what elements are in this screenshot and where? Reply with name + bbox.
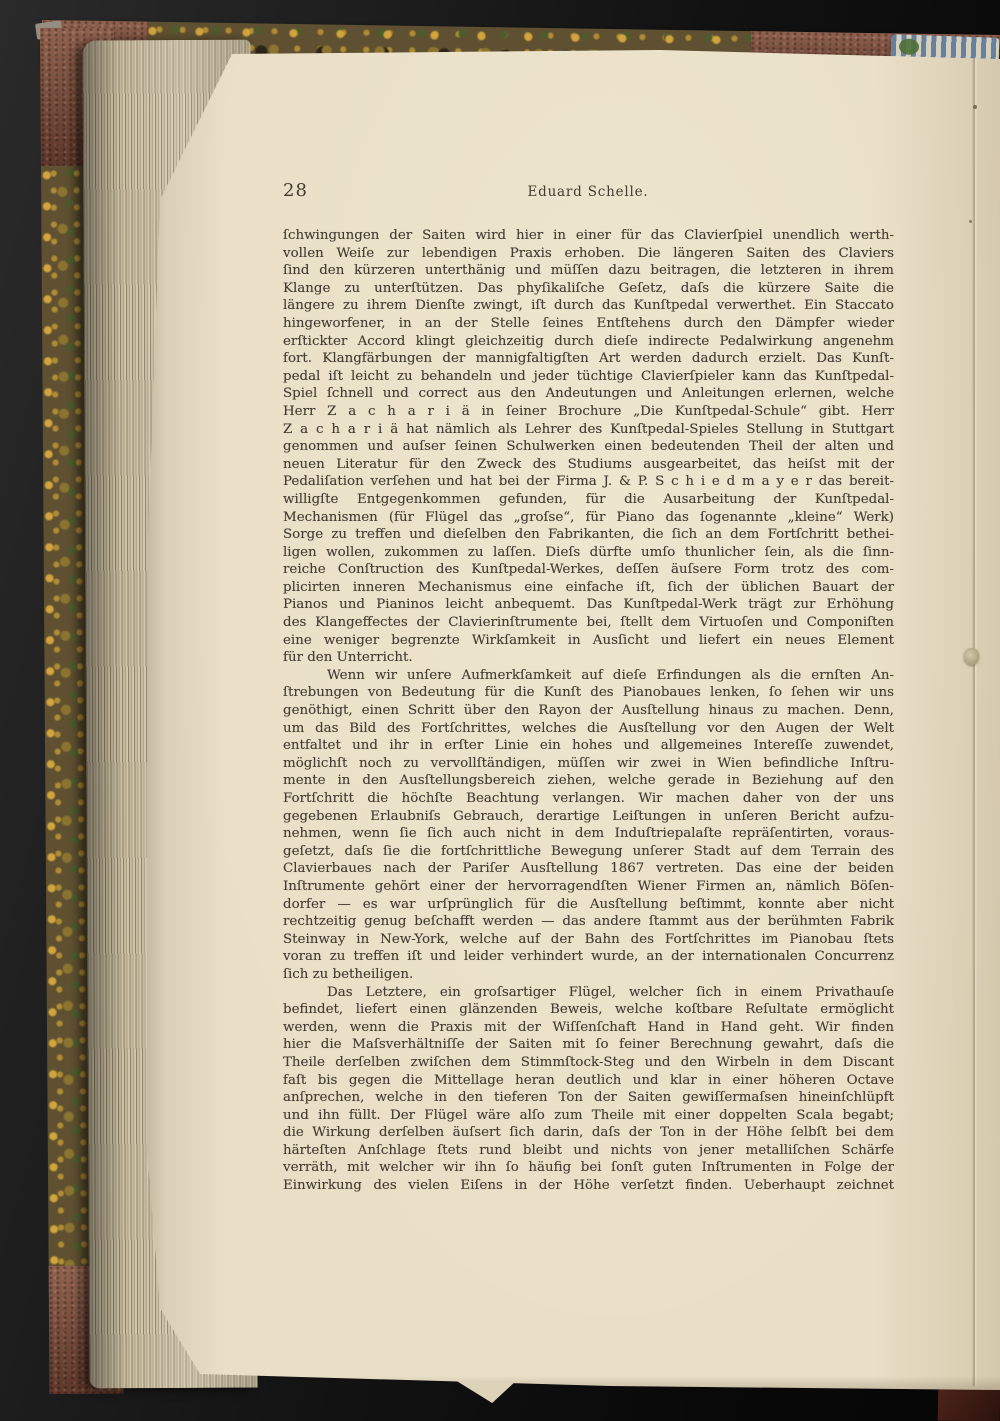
paragraph: Das Letztere, ein groſsartiger Flügel, w… xyxy=(283,984,894,1195)
running-header: Eduard Schelle. xyxy=(283,184,893,200)
text-line: Spiel ſchnell und correct aus den Andeut… xyxy=(283,385,894,403)
text-line: möglichſt noch zu vervollſtändigen, müſſ… xyxy=(283,755,894,773)
text-line: Z a c h a r i ä hat nämlich als Lehrer d… xyxy=(283,421,894,439)
page-header: 28 Eduard Schelle. xyxy=(283,180,893,204)
text-line: ſchwingungen der Saiten wird hier in ein… xyxy=(283,227,894,245)
text-block: ſchwingungen der Saiten wird hier in ein… xyxy=(283,227,894,1195)
foxing-speck xyxy=(969,220,972,223)
text-line: Sorge zu treffen und dieſelben den Fabri… xyxy=(283,526,894,544)
text-line: befindet, liefert einen glänzenden Bewei… xyxy=(283,1001,894,1019)
foxing-speck xyxy=(973,105,977,109)
text-line: rechtzeitig genug beſchafft werden — das… xyxy=(283,913,894,931)
text-line: und ihn füllt. Der Flügel wäre alſo zum … xyxy=(283,1107,894,1125)
text-line: reiche Conſtruction des Kunſtpedal-Werke… xyxy=(283,561,894,579)
text-line: entfaltet und ihr in erſter Linie ein ho… xyxy=(283,737,894,755)
text-line: für den Unterricht. xyxy=(283,649,894,667)
text-line: längere zu ihrem Dienſte zwingt, iſt dur… xyxy=(283,297,894,315)
gutter-crease xyxy=(972,58,977,1386)
text-line: Fortſchritt die höchſte Beachtung verlan… xyxy=(283,790,894,808)
text-line: Das Letztere, ein groſsartiger Flügel, w… xyxy=(283,984,894,1002)
text-line: Einwirkung des vielen Eiſens in der Höhe… xyxy=(283,1177,894,1195)
text-line: gegebenen Erlaubniſs Gebrauch, derartige… xyxy=(283,808,894,826)
text-line: Steinway in New-York, welche auf der Bah… xyxy=(283,931,894,949)
text-line: Pedaliſation verſehen und hat bei der Fi… xyxy=(283,473,894,491)
underlying-page-corner xyxy=(455,1380,517,1403)
text-line: pedal iſt leicht zu behandeln und jeder … xyxy=(283,368,894,386)
text-line: Mechanismen (für Flügel das „groſse“, fü… xyxy=(283,509,894,527)
paragraph: ſchwingungen der Saiten wird hier in ein… xyxy=(283,227,894,667)
text-line: härteſten Anſchlage ſtets rund bleibt un… xyxy=(283,1142,894,1160)
text-line: ſich zu betheiligen. xyxy=(283,966,894,984)
text-line: Herr Z a c h a r i ä in ſeiner Brochure … xyxy=(283,403,894,421)
text-line: die Wirkung derſelben äuſsert ſich darin… xyxy=(283,1124,894,1142)
text-line: voran zu treffen iſt und leider verhinde… xyxy=(283,948,894,966)
text-line: um das Bild des Fortſchrittes, welches d… xyxy=(283,720,894,738)
text-line: Pianos und Pianinos leicht anbequemt. Da… xyxy=(283,596,894,614)
text-line: Inſtrumente gehört einer der hervorragen… xyxy=(283,878,894,896)
text-line: mente in den Ausſtellungsbereich ziehen,… xyxy=(283,772,894,790)
text-line: neuen Literatur für den Zweck des Studiu… xyxy=(283,456,894,474)
text-line: genommen und auſser ſeinen Schulwerken e… xyxy=(283,438,894,456)
book-scan: 28 Eduard Schelle. ſchwingungen der Sait… xyxy=(0,0,1000,1421)
text-line: geſetzt, daſs ſie die fortſchrittliche B… xyxy=(283,843,894,861)
text-line: ligen wollen, zukommen zu laſſen. Dieſs … xyxy=(283,544,894,562)
text-line: des Klangeffectes der Clavierinſtrumente… xyxy=(283,614,894,632)
paragraph: Wenn wir unſere Aufmerkſamkeit auf dieſe… xyxy=(283,667,894,984)
text-line: willigſte Entgegenkommen gefunden, für d… xyxy=(283,491,894,509)
text-line: vollen Weiſe zur lebendigen Praxis erhob… xyxy=(283,245,894,263)
text-line: werden, wenn die Praxis mit der Wiſſenſc… xyxy=(283,1019,894,1037)
text-line: ſtrebungen von Bedeutung für die Kunſt d… xyxy=(283,684,894,702)
text-line: faſt bis gegen die Mittellage heran deut… xyxy=(283,1072,894,1090)
photo-background: { "book": { "description": "scanned book… xyxy=(0,0,1000,1421)
text-line: erſtickter Accord klingt gleichzeitig du… xyxy=(283,333,894,351)
book-cover-bottom-right-corner xyxy=(938,1385,1000,1421)
text-line: dorfer — es war urſprünglich für die Aus… xyxy=(283,896,894,914)
text-line: Klange zu unterſtützen. Das phyſikaliſch… xyxy=(283,280,894,298)
text-line: fort. Klangfärbungen der mannigfaltigſte… xyxy=(283,350,894,368)
text-line: genöthigt, einen Schritt über den Rayon … xyxy=(283,702,894,720)
text-line: Clavierbaues nach der Pariſer Ausſtellun… xyxy=(283,860,894,878)
text-line: anſprechen, welche in den tieferen Ton d… xyxy=(283,1089,894,1107)
text-line: Theile derſelben zwiſchen dem Stimmſtock… xyxy=(283,1054,894,1072)
book-page: 28 Eduard Schelle. ſchwingungen der Sait… xyxy=(140,50,1000,1390)
text-line: ſind den kürzeren unterthänig und müſſen… xyxy=(283,262,894,280)
text-line: verräth, mit welcher wir ihn ſo häufig b… xyxy=(283,1159,894,1177)
text-line: hingeworfener, in an der Stelle ſeines E… xyxy=(283,315,894,333)
text-line: plicirten inneren Mechanismus eine einfa… xyxy=(283,579,894,597)
text-line: Wenn wir unſere Aufmerkſamkeit auf dieſe… xyxy=(283,667,894,685)
text-line: eine weniger begrenzte Wirkſamkeit in Au… xyxy=(283,632,894,650)
text-line: hier die Maſsverhältniſſe der Saiten mit… xyxy=(283,1036,894,1054)
text-line: nehmen, wenn ſie ſich auch nicht in dem … xyxy=(283,825,894,843)
